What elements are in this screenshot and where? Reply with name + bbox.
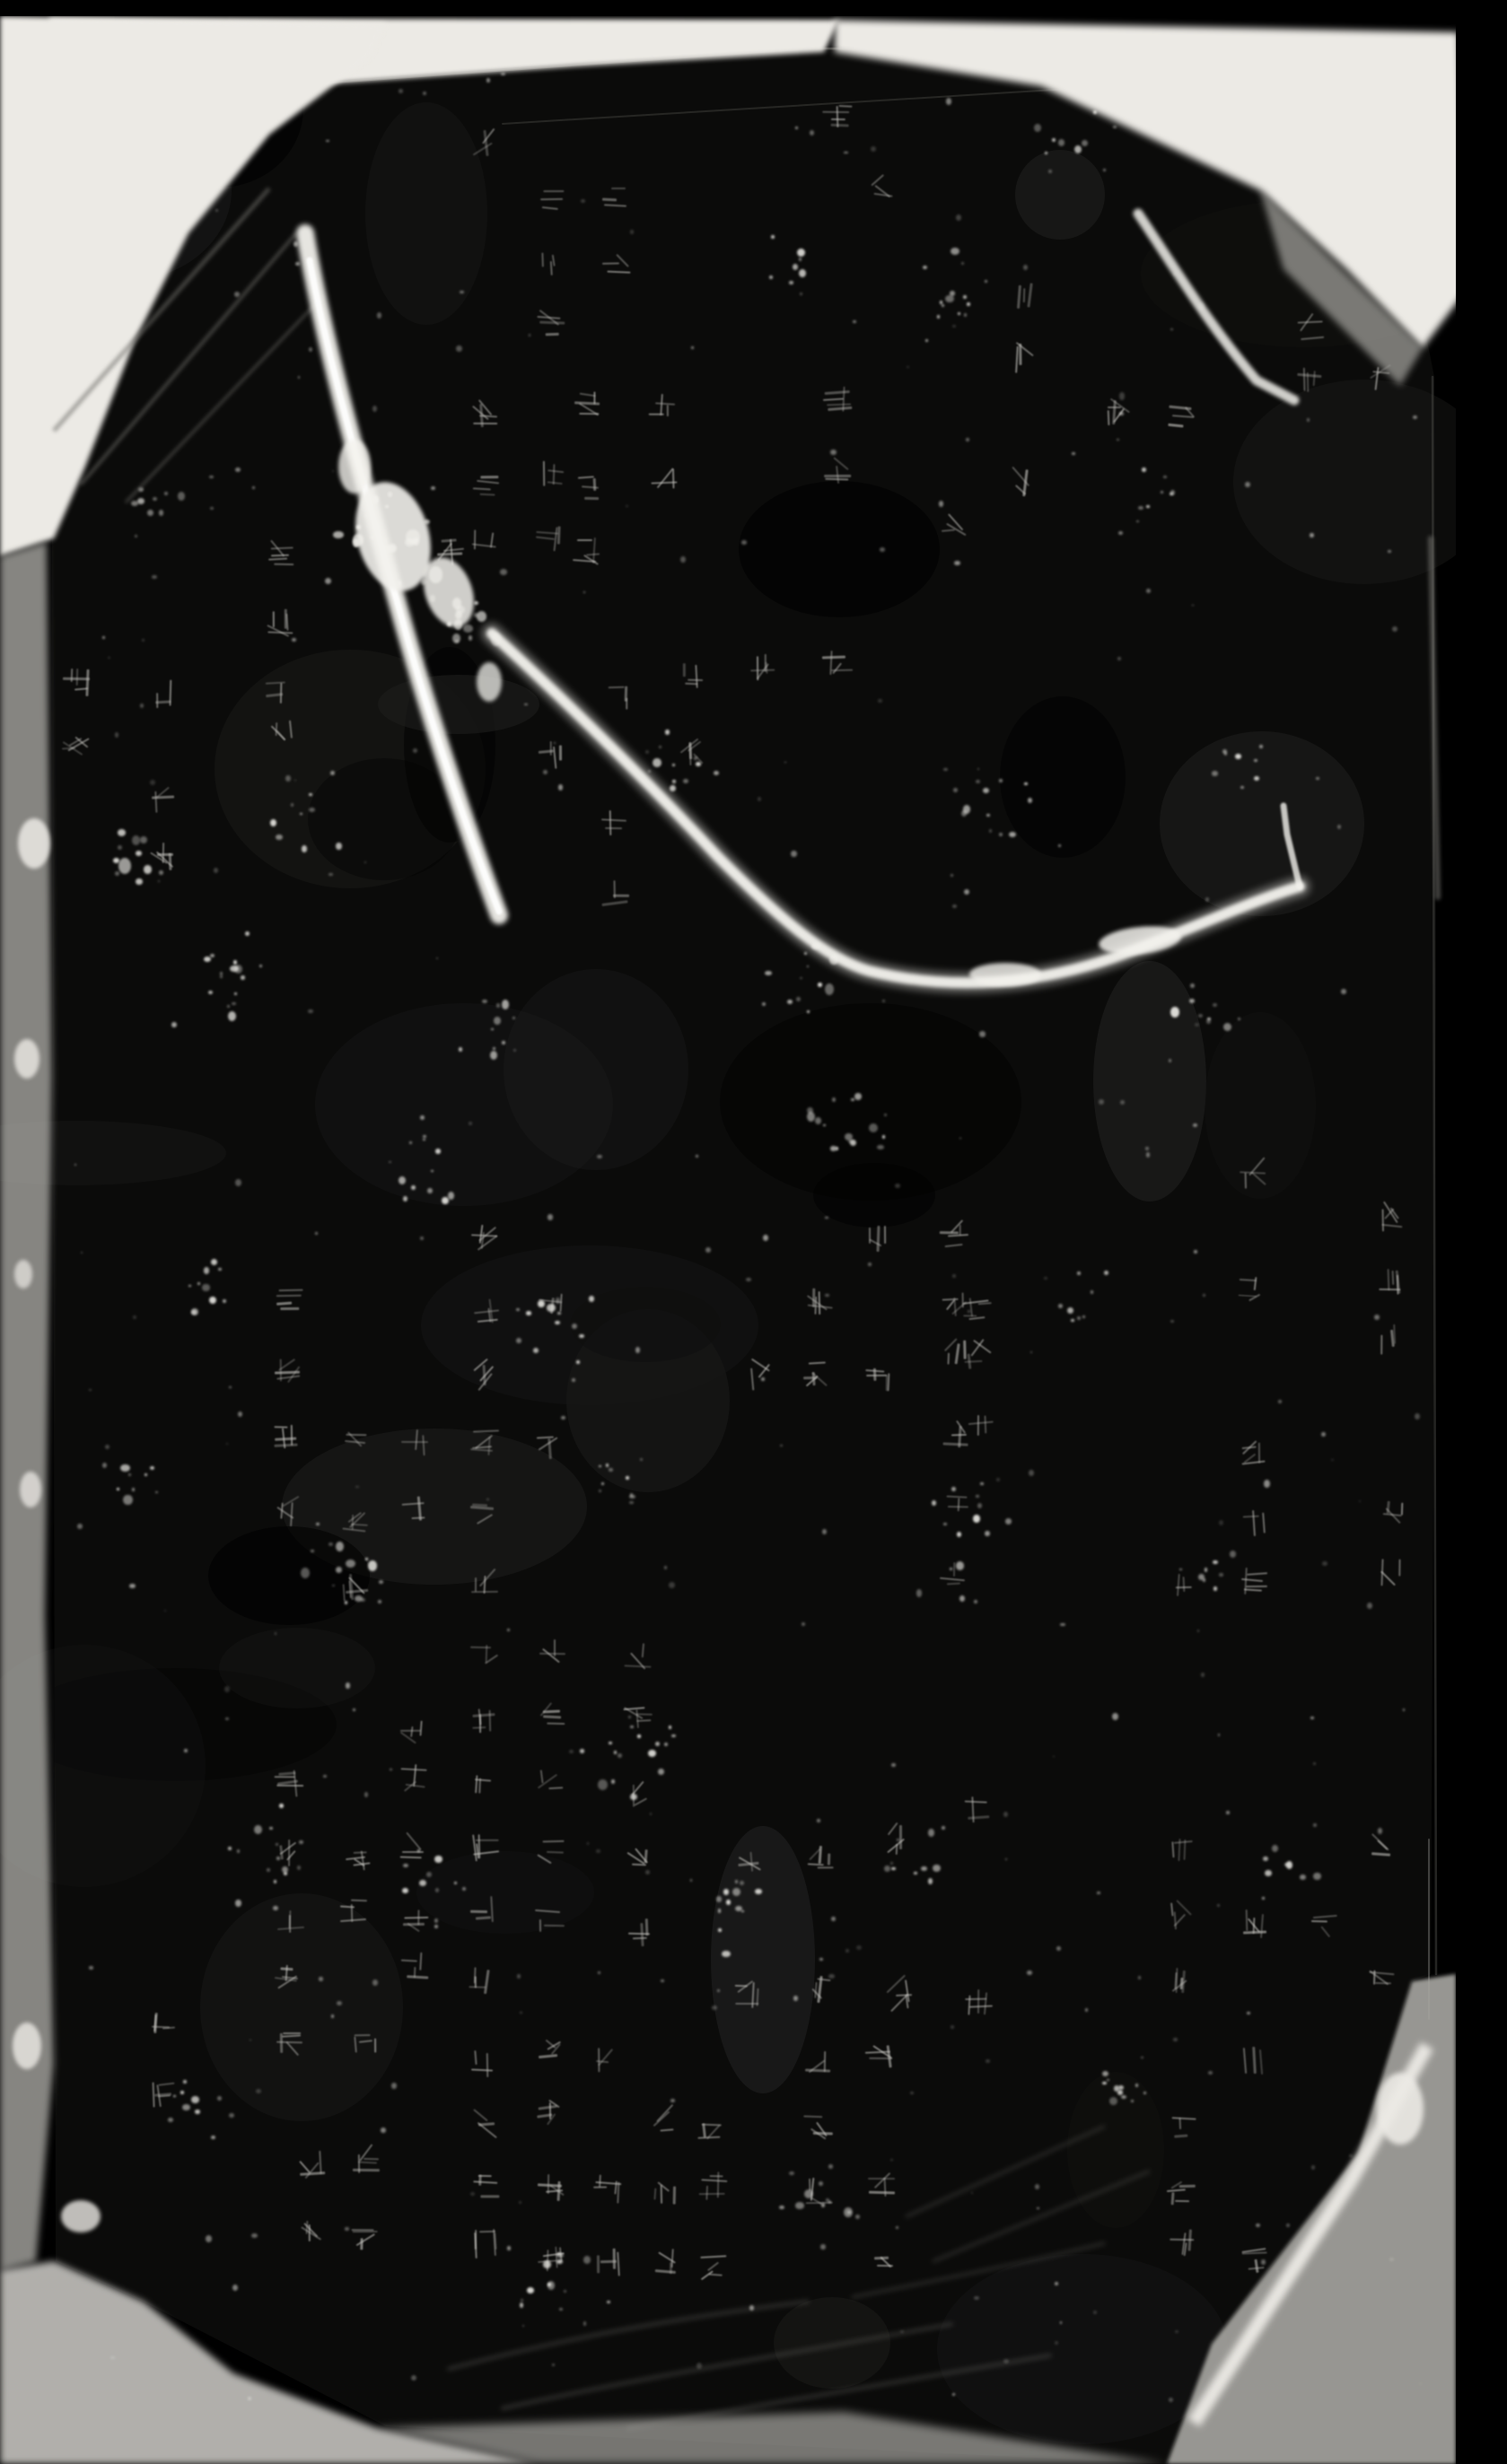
rubbing-photo: Ink rubbing of a weathered engraved ston… xyxy=(0,0,1507,2464)
paper-margin-left xyxy=(0,542,54,2270)
paper-margin-topright xyxy=(835,20,1468,348)
paper-bright-blob-bottomright xyxy=(1377,2073,1424,2145)
black-strip-top xyxy=(0,0,1507,16)
paper-and-crack-layer xyxy=(0,0,1507,2464)
paper-margin-topleft xyxy=(0,16,386,556)
black-strip-right xyxy=(1456,0,1507,2464)
scratch-top-right xyxy=(1138,214,1294,400)
crack-main xyxy=(492,633,1300,983)
